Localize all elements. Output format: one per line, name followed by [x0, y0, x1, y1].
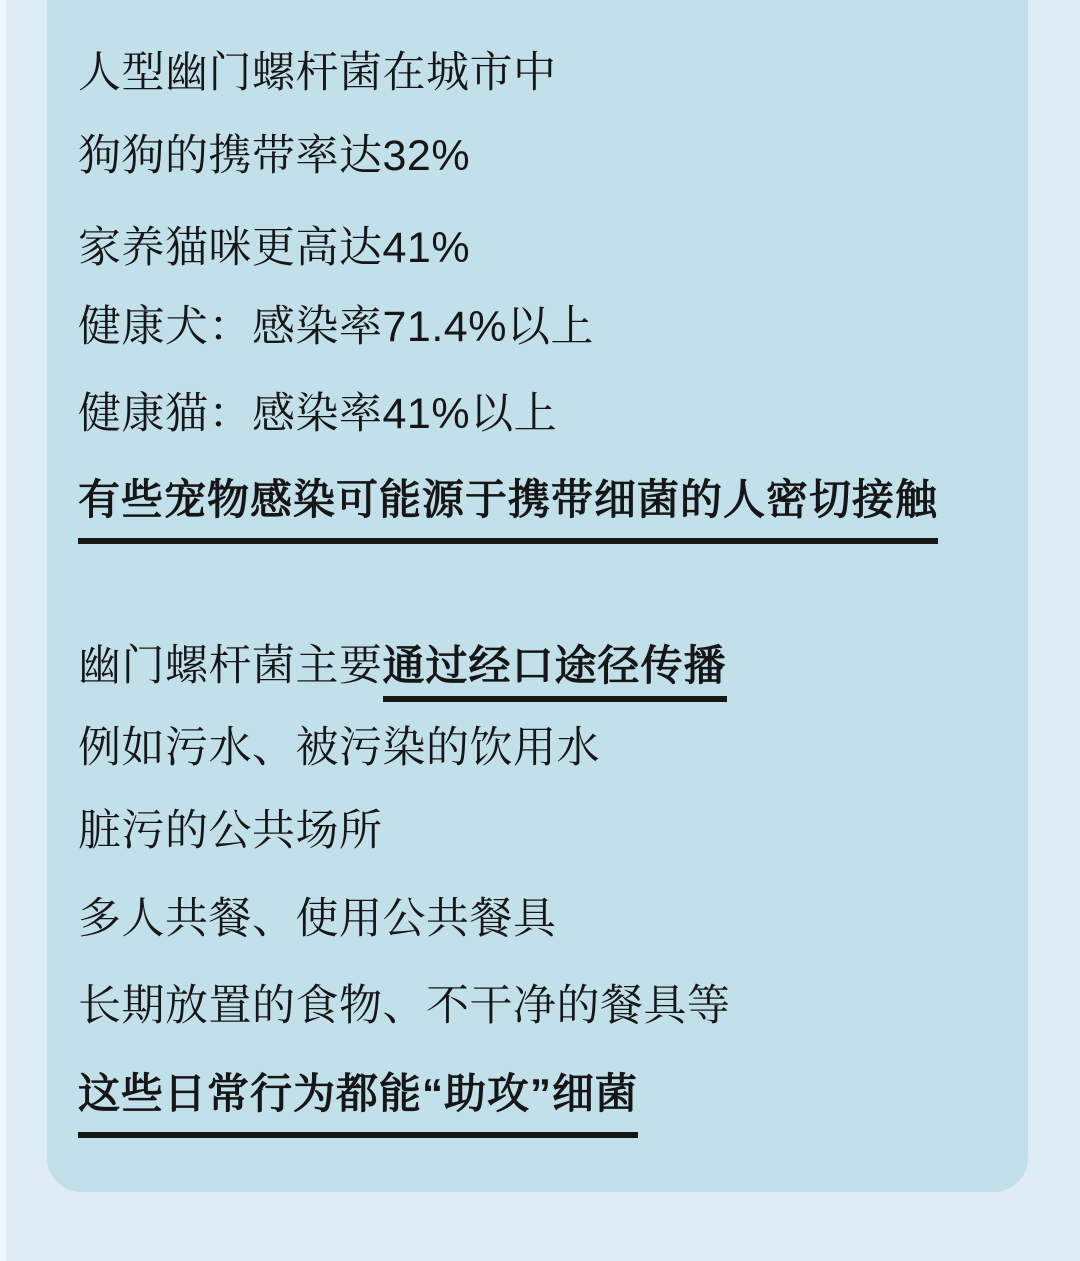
text-line-dirty-public-places: 脏污的公共场所 — [78, 801, 383, 861]
text-line-dog-carry-rate: 狗狗的携带率达32% — [78, 126, 470, 186]
text-line-healthy-cat-infection: 健康猫：感染率41%以上 — [78, 384, 557, 444]
text-line-oral-transmission: 幽门螺杆菌主要通过经口途径传播 — [78, 636, 727, 702]
highlight-underlined-text: 这些日常行为都能“助攻”细菌 — [78, 1064, 638, 1138]
text-line-shared-meals-utensils: 多人共餐、使用公共餐具 — [78, 889, 557, 949]
content-panel: 人型幽门螺杆菌在城市中 狗狗的携带率达32% 家养猫咪更高达41% 健康犬：感染… — [47, 0, 1028, 1192]
transmission-emphasis-text: 通过经口途径传播 — [383, 636, 727, 702]
transmission-prefix-text: 幽门螺杆菌主要 — [78, 642, 383, 690]
text-line-daily-behaviors-assist-bacteria: 这些日常行为都能“助攻”细菌 — [78, 1064, 638, 1138]
text-line-sewage-water: 例如污水、被污染的饮用水 — [78, 718, 600, 778]
text-line-pet-infection-human-contact: 有些宠物感染可能源于携带细菌的人密切接触 — [78, 470, 938, 544]
text-line-healthy-dog-infection: 健康犬：感染率71.4%以上 — [78, 297, 594, 357]
left-edge-strip — [0, 0, 6, 1261]
text-line-hp-in-city: 人型幽门螺杆菌在城市中 — [78, 43, 557, 103]
text-line-stale-food-dishes: 长期放置的食物、不干净的餐具等 — [78, 976, 731, 1036]
article-infographic: 人型幽门螺杆菌在城市中 狗狗的携带率达32% 家养猫咪更高达41% 健康犬：感染… — [0, 0, 1080, 1261]
highlight-underlined-text: 有些宠物感染可能源于携带细菌的人密切接触 — [78, 470, 938, 544]
text-line-cat-carry-rate: 家养猫咪更高达41% — [78, 218, 470, 278]
